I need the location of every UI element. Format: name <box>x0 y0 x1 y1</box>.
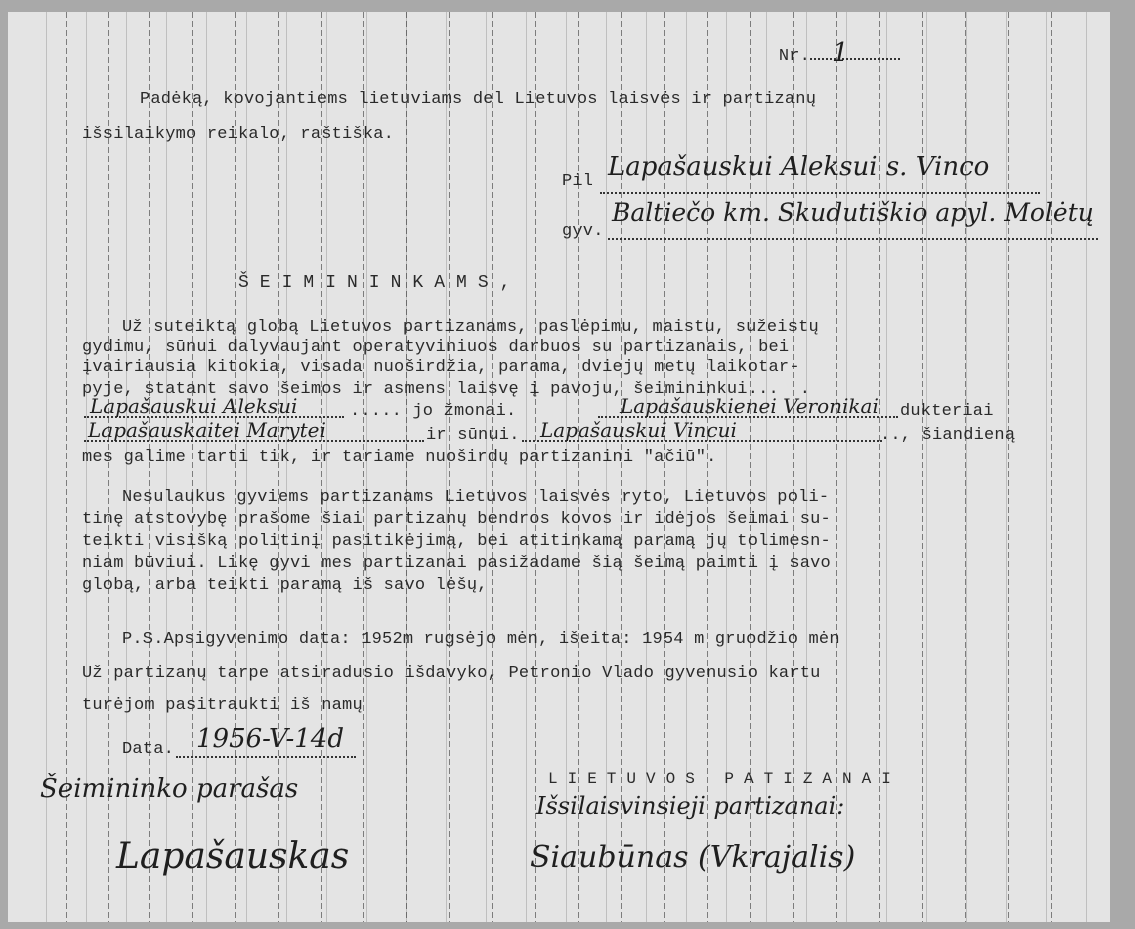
pil-field <box>600 192 1040 194</box>
para1-line-2: gydimu, sūnui dalyvaujant operatyviniuos… <box>82 338 789 357</box>
pil-label: Pil <box>562 172 593 191</box>
number-label: Nr. <box>779 47 810 66</box>
para1-line-5b: dukteriai <box>900 402 994 421</box>
date-label: Data. <box>122 740 174 759</box>
owner-signature: Lapašauskas <box>116 836 349 877</box>
ps-line-3: turėjom pasitraukti iš namų <box>82 696 363 715</box>
title-line-1: Padėką, kovojantiems lietuviams del Liet… <box>140 90 816 109</box>
para2-line-1: Nesulaukus gyviems partizanams Lietuvos … <box>122 488 829 507</box>
number-handwritten: 1 <box>832 38 849 68</box>
gyv-handwritten: Baltiečo km. Skudutiškio apyl. Molėtų <box>612 198 1094 227</box>
org-signature: Siaubūnas (Vkrajalis) <box>530 840 855 875</box>
para2-line-4: niam būviui. Likę gyvi mes partizanai pa… <box>82 554 831 573</box>
owner-signature-label: Šeimininko parašas <box>40 774 298 804</box>
daughter-handwritten: Lapašauskaitei Marytei <box>88 418 326 442</box>
date-field <box>176 756 356 758</box>
para2-line-3: teikti visišką politinį pasitikėjimą, be… <box>82 532 831 551</box>
ps-line-2: Už partizanų tarpe atsiradusio išdavyko,… <box>82 664 821 683</box>
para1-line-5a: ..... jo žmonai. <box>350 402 516 421</box>
date-handwritten: 1956-V-14d <box>196 724 344 754</box>
title-line-2: išsilaikymo reikalo, raštiška. <box>82 125 394 144</box>
host-handwritten: Lapašauskui Aleksui <box>90 394 297 418</box>
para1-line-6a: ir sūnui. <box>426 426 520 445</box>
gyv-label: gyv. <box>562 222 604 241</box>
para1-line-3: įvairiausia kitokia, visada nuoširdžia, … <box>82 358 800 377</box>
para1-line-7: mes galime tarti tik, ir tariame nuošird… <box>82 448 717 467</box>
org-subtitle: Išsilaisvinsieji partizanai: <box>536 792 844 820</box>
para2-line-5: globą, arba teikti paramą iš savo lėšų, <box>82 576 488 595</box>
para1-line-6b: .., šiandieną <box>880 426 1015 445</box>
number-field: 1 <box>810 58 900 60</box>
document-number: Nr.1 <box>758 28 900 66</box>
salutation: ŠEIMININKAMS, <box>238 273 521 293</box>
org-label: LIETUVOS PATIZANAI <box>548 770 901 788</box>
para1-line-1: Už suteiktą globą Lietuvos partizanams, … <box>122 318 819 337</box>
gyv-field <box>608 238 1098 240</box>
wife-handwritten: Lapašauskienei Veronikai <box>620 394 879 418</box>
para2-line-2: tinę atstovybę prašome šiai partizanų be… <box>82 510 831 529</box>
pil-handwritten: Lapašauskui Aleksui s. Vinco <box>608 152 989 182</box>
son-handwritten: Lapašauskui Vincui <box>540 418 737 442</box>
ps-line-1: P.S.Apsigyvenimo data: 1952m rugsėjo mėn… <box>122 630 840 649</box>
